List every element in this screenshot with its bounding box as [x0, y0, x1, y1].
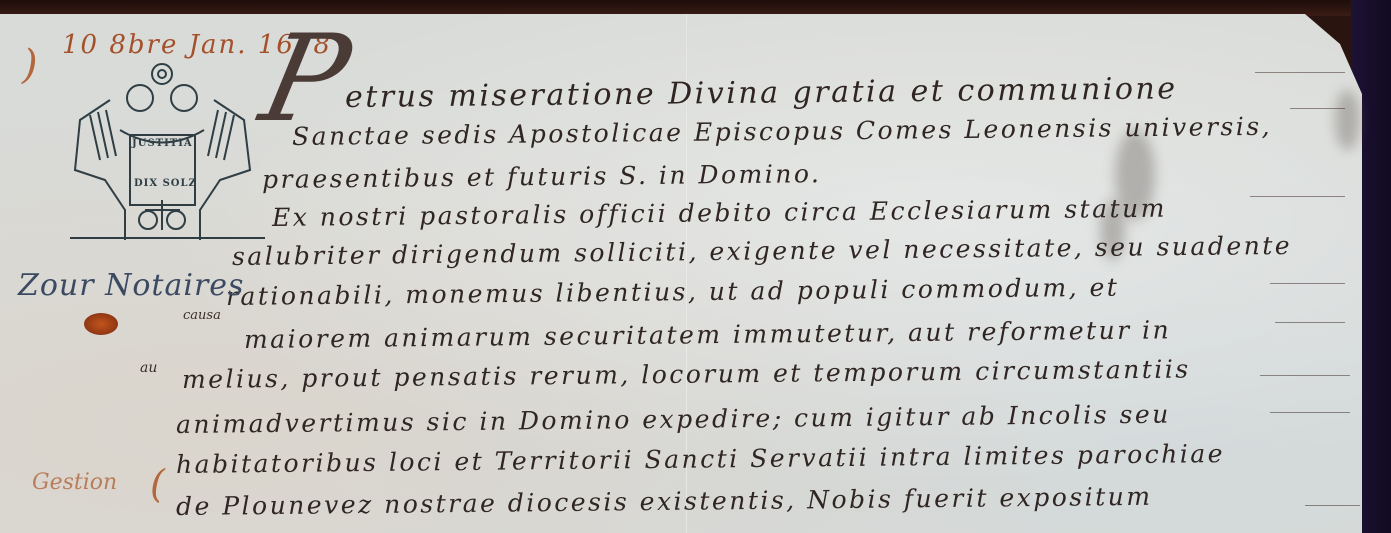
line-filler-rule: [1260, 375, 1350, 376]
line-filler-rule: [1275, 322, 1345, 323]
line-filler-rule: [1270, 283, 1345, 284]
margin-bracket: ): [22, 42, 38, 88]
stamp-upper-text: JUSTITIA: [132, 138, 193, 149]
margin-note-notaires: Zour Notaires: [18, 268, 244, 303]
margin-note-causa: causa: [183, 308, 221, 323]
wax-seal-mark: [84, 313, 118, 335]
tax-stamp: JUSTITIA DIX SOLZ: [70, 60, 265, 245]
dark-background-top: [0, 0, 1391, 16]
line-filler-rule: [1305, 505, 1360, 506]
line-filler-rule: [1270, 412, 1350, 413]
ink-stain: [1335, 90, 1360, 150]
margin-bracket-lower: (: [150, 462, 165, 506]
line-filler-rule: [1290, 108, 1345, 109]
margin-note-au: au: [140, 360, 157, 376]
line-filler-rule: [1250, 196, 1345, 197]
margin-note-gestion: Gestion: [32, 470, 117, 495]
text-line-3: praesentibus et futuris S. in Domino.: [262, 159, 822, 194]
line-filler-rule: [1255, 72, 1345, 73]
double-headed-eagle-stamp-icon: [70, 60, 265, 245]
stamp-lower-text: DIX SOLZ: [134, 178, 197, 189]
